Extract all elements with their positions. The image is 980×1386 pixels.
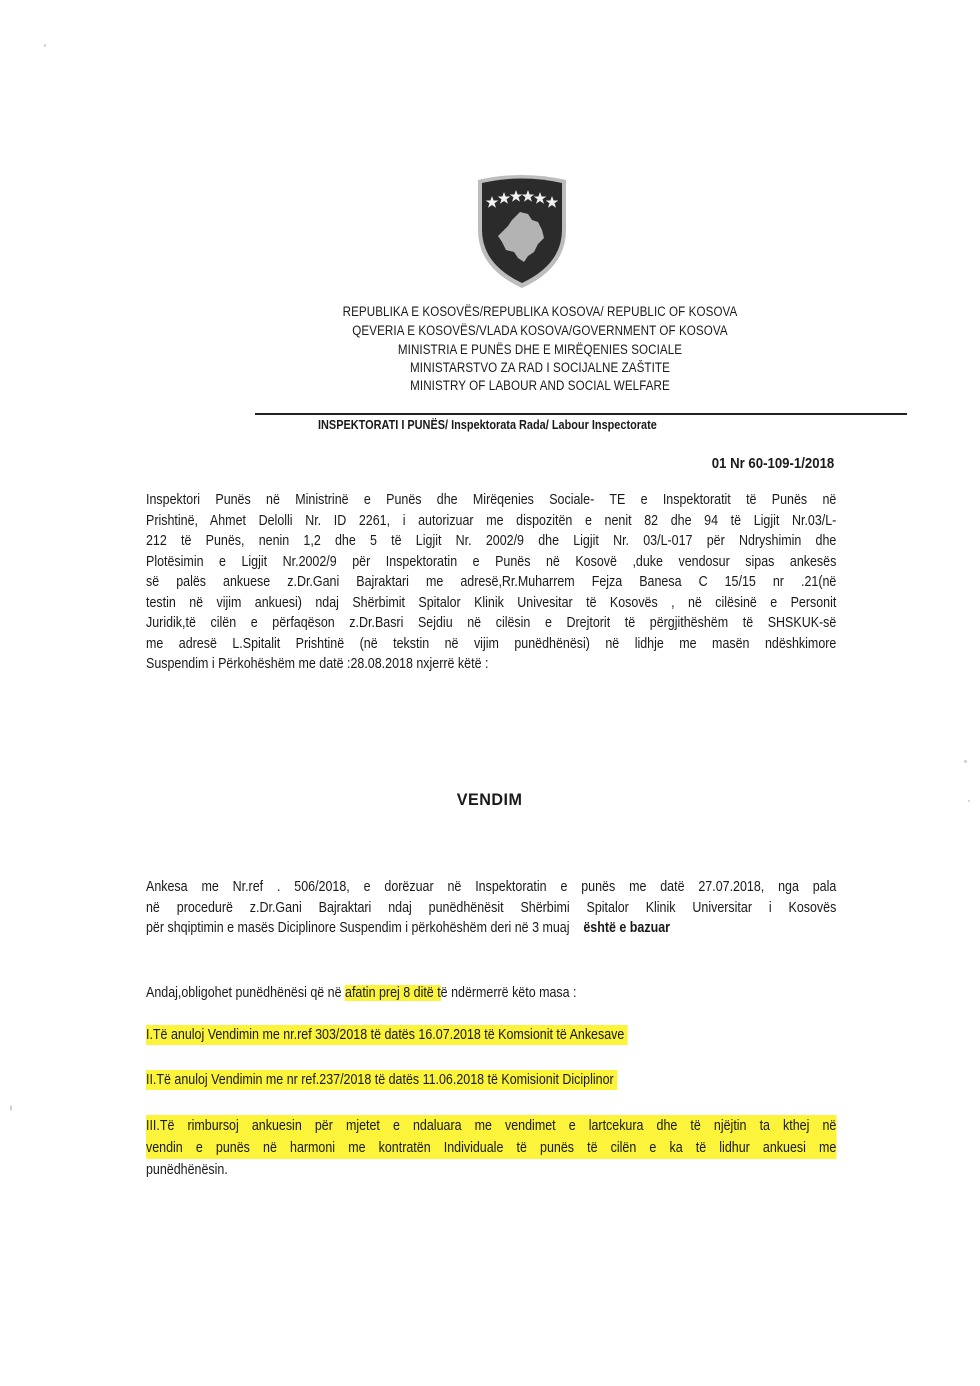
decision-title: VENDIM [0,790,980,810]
obligation-line: Andaj,obligohet punëdhënësi që në afatin… [146,983,577,1004]
verdict-text: është e bazuar [583,920,670,936]
header-republic: REPUBLIKA E KOSOVËS/REPUBLIKA KOSOVA/ RE… [291,303,790,321]
document-page: REPUBLIKA E KOSOVËS/REPUBLIKA KOSOVA/ RE… [0,0,980,1386]
scan-speck [964,760,967,763]
obligation-suffix: ë ndërmerrë këto masa : [441,985,577,1001]
intro-paragraph: Inspektori Punës në Ministrinë e Punës d… [146,490,838,675]
intro-line: Juridik,të cilën e përfaqëson z.Dr.Basri… [146,613,836,634]
intro-line: me adresë L.Spitalit Prishtinë (në tekst… [146,634,836,655]
measure-1: I.Të anuloj Vendimin me nr.ref 303/2018 … [146,1025,628,1046]
measure-3-line: vendin e punës në harmoni me kontratën I… [146,1137,836,1159]
kosovo-emblem-icon [472,172,572,290]
intro-line: Plotësimin e Ligjit Nr.2002/9 për Inspek… [146,552,836,573]
inspectorate-label: INSPEKTORATI I PUNËS/ Inspektorata Rada/… [318,417,657,432]
measure-3-line: punëdhënësin. [146,1159,836,1181]
header-government: QEVERIA E KOSOVËS/VLADA KOSOVA/GOVERNMEN… [291,322,790,340]
decision-paragraph: Ankesa me Nr.ref . 506/2018, e dorëzuar … [146,877,838,939]
header-divider [255,413,907,415]
decision-line: në procedurë z.Dr.Gani Bajraktari ndaj p… [146,898,836,919]
decision-line: Ankesa me Nr.ref . 506/2018, e dorëzuar … [146,877,836,898]
obligation-deadline-highlight: afatin prej 8 ditë t [345,985,441,1001]
header-ministry-albanian: MINISTRIA E PUNËS DHE E MIRËQENIES SOCIA… [291,341,790,359]
measure-3: III.Të rimbursoj ankuesin për mjetet e n… [146,1115,838,1181]
intro-line: 212 të Punës, nenin 1,2 dhe 5 të Ligjit … [146,531,836,552]
intro-line: testin në vijim ankuesi) ndaj Shërbimit … [146,593,836,614]
intro-line: Inspektori Punës në Ministrinë e Punës d… [146,490,836,511]
decision-line: për shqiptimin e masës Diciplinore Suspe… [146,918,836,939]
header-ministry-serbian: MINISTARSTVO ZA RAD I SOCIJALNE ZAŠTITE [291,359,790,377]
obligation-prefix: Andaj,obligohet punëdhënësi që në [146,985,345,1001]
intro-line: së palës ankuese z.Dr.Gani Bajraktari me… [146,572,836,593]
measure-3-line: III.Të rimbursoj ankuesin për mjetet e n… [146,1115,836,1137]
intro-line: Suspendim i Përkohëshëm me datë :28.08.2… [146,654,836,675]
decision-line-text: për shqiptimin e masës Diciplinore Suspe… [146,920,569,936]
decision-title-text: VENDIM [457,790,523,810]
intro-line: Prishtinë, Ahmet Delolli Nr. ID 2261, i … [146,511,836,532]
measure-2-text: II.Të anuloj Vendimin me nr ref.237/2018… [146,1070,617,1090]
measure-2: II.Të anuloj Vendimin me nr ref.237/2018… [146,1070,617,1091]
reference-number: 01 Nr 60-109-1/2018 [711,455,834,472]
scan-speck [44,44,46,47]
header-ministry-english: MINISTRY OF LABOUR AND SOCIAL WELFARE [291,377,790,395]
measure-1-text: I.Të anuloj Vendimin me nr.ref 303/2018 … [146,1025,628,1045]
scan-speck [10,1105,12,1111]
